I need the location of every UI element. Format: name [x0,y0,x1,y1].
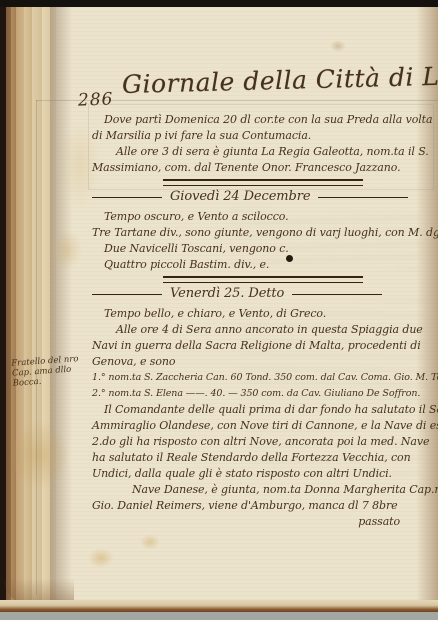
text-line: Alle ore 3 di sera è giunta La Regia Gal… [92,144,434,160]
scanner-top-bar [0,0,438,7]
date-header-venerdi: Venerdì 25. Detto [92,276,434,302]
scanner-bottom-strip [0,612,438,620]
double-rule [163,276,363,283]
date-header-giovedi: Giovedì 24 Decembre [92,179,434,205]
ship-entry-line: 2.° nom.ta S. Elena ——. 40. — 350 com. d… [92,386,434,402]
binding-shadow [50,7,72,612]
text-line: Tempo oscuro, e Vento a scilocco. [92,209,434,225]
rule-dash [318,197,408,198]
text-line: Due Navicelli Toscani, vengono c. [92,241,434,257]
manuscript-scan: 286 Giornale della Città di Livorno Frat… [0,0,438,620]
text-line: Tempo bello, e chiaro, e Vento, di Greco… [92,306,434,322]
double-rule [163,179,363,186]
text-line: Dove partì Domenica 20 dl cor.te con la … [92,112,434,128]
page-title: Giornale della Città di Livorno [122,62,433,99]
page-bottom-edge [0,600,438,612]
paper-stain [330,40,346,52]
text-line: Genova, e sono [92,354,434,370]
text-line: di Marsilia p ivi fare la sua Contumacia… [92,128,434,144]
text-line: Alle ore 4 di Sera anno ancorato in ques… [92,322,434,338]
text-line: ha salutato il Reale Stendardo della For… [92,450,434,466]
ship-entry-line: 1.° nom.ta S. Zaccheria Can. 60 Tond. 35… [92,370,434,386]
text-line: Undici, dalla quale gli è stato risposto… [92,466,434,482]
margin-ruled-line [36,100,37,595]
text-line: passato [92,514,434,530]
manuscript-text-column: Dove partì Domenica 20 dl cor.te con la … [92,112,434,530]
paper-stain [140,534,160,550]
rule-dash [92,197,162,198]
text-line: Nave Danese, è giunta, nom.ta Donna Marg… [92,482,434,498]
margin-note: Fratello del nro Cap. ama dllo Bocca. [11,353,93,389]
text-line: Massimiano, com. dal Tenente Onor. Franc… [92,160,434,176]
text-line: Quattro piccoli Bastim. div., e. [92,257,434,273]
text-line: Gio. Daniel Reimers, viene d'Amburgo, ma… [92,498,434,514]
text-line: 2.do gli ha risposto con altri Nove, anc… [92,434,434,450]
date-header-text: Venerdì 25. Detto [170,286,284,302]
book-binding-edge [0,7,56,612]
rule-dash [92,294,162,295]
date-header-text: Giovedì 24 Decembre [170,189,310,205]
text-line: Il Comandante delle quali prima di dar f… [92,402,434,418]
text-line: Tre Tartane div., sono giunte, vengono d… [92,225,434,241]
paper-stain [88,548,114,568]
text-line: Ammiraglio Olandese, con Nove tiri di Ca… [92,418,434,434]
rule-dash [292,294,382,295]
page-number: 286 [78,89,114,110]
text-line: Navi in guerra della Sacra Religione di … [92,338,434,354]
